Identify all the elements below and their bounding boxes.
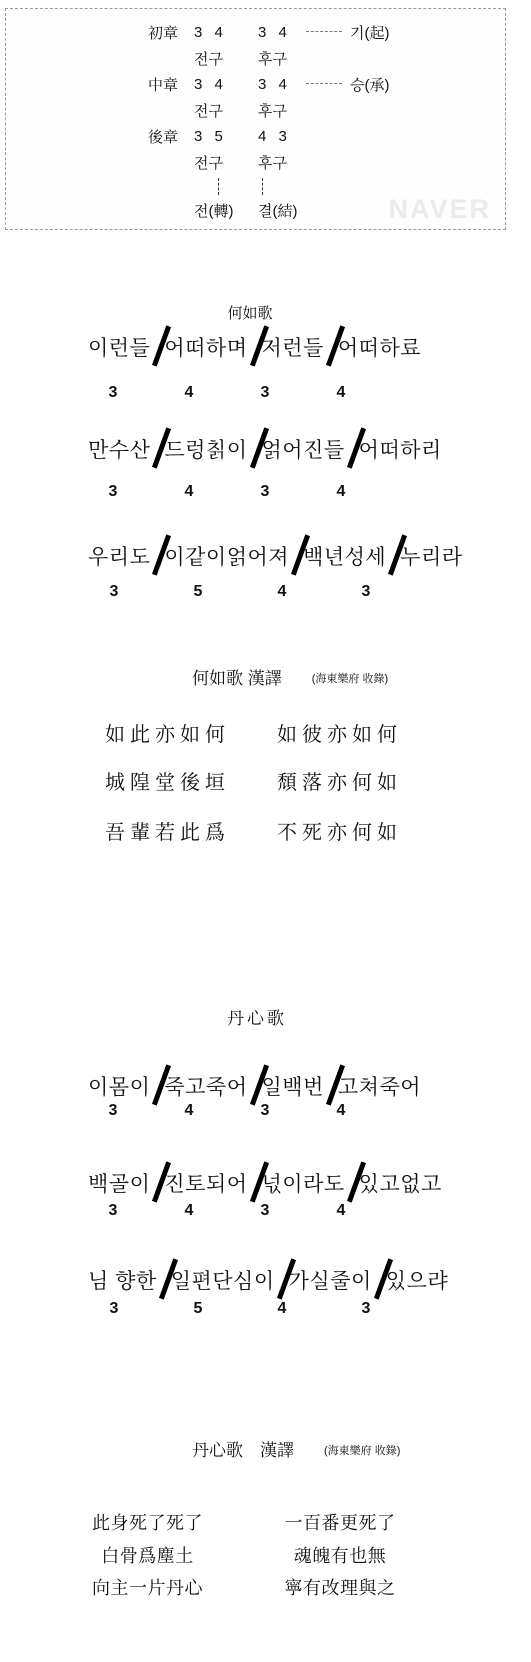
phrase-divider-slash-icon: [275, 1267, 289, 1288]
chapter-name: 後章: [142, 126, 190, 147]
couplet-left: 白骨爲塵土: [70, 1542, 225, 1568]
dansimga-line-3: 님 향한일편단심이가실줄이있으랴: [88, 1265, 448, 1295]
hayeoga-line-3: 우리도이같이얽어져백년성세누리라: [88, 541, 463, 571]
phrase: 이런들: [88, 337, 150, 360]
phrase-divider-slash-icon: [150, 543, 164, 564]
couplet-right: 頹落亦何如: [277, 772, 402, 794]
hayeoga-line-1: 이런들어떠하며저런들어떠하료: [88, 332, 421, 362]
chapter-name: 初章: [142, 22, 190, 43]
phrase: 가실줄이: [289, 1270, 372, 1293]
sijo-structure-box: 初章 3 4 3 4 기(起) 전구 후구 中章 3 4 3 4 승(承): [5, 8, 506, 230]
dashed-connector-icon: [306, 83, 342, 84]
couplet-left: 向主一片丹心: [70, 1574, 225, 1600]
back-phrase-label: 후구: [254, 48, 306, 69]
hayeoga-line-2-counts: 3434: [75, 483, 379, 501]
connector-cell: [306, 24, 350, 41]
syllable-count: 4: [240, 1300, 324, 1318]
phrase: 진토되어: [164, 1173, 247, 1196]
syllable-count: 3: [72, 583, 156, 601]
syllable-count: 4: [151, 384, 227, 402]
phrase-divider-slash-icon: [150, 1170, 164, 1191]
couplet-right: 一百番更死了: [260, 1509, 420, 1535]
dansimga-line-2-counts: 3434: [75, 1202, 379, 1220]
phrase-divider-slash-icon: [372, 1267, 386, 1288]
phrase: 백골이: [88, 1173, 150, 1196]
syllable-count: 4: [303, 483, 379, 501]
chapter-row-jung: 中章 3 4 3 4 승(承): [6, 71, 505, 97]
syllable-count: 4: [303, 1202, 379, 1220]
couplet-right: 不死亦何如: [277, 822, 402, 844]
back-syllable-counts: 3 4: [254, 24, 306, 41]
dashed-vertical-bar-icon: [218, 178, 219, 195]
syllable-count: 3: [227, 1102, 303, 1120]
dansimga-title: 丹心歌: [0, 1004, 514, 1029]
hayeoga-line-3-counts: 3543: [72, 583, 408, 601]
syllable-count: 4: [151, 483, 227, 501]
dashed-connector-icon: [306, 31, 342, 32]
syllable-count: 3: [227, 384, 303, 402]
naver-watermark: NAVER: [388, 194, 491, 225]
front-phrase-label: 전구: [190, 152, 254, 173]
hayeoga-title: 何如歌: [0, 302, 500, 323]
page: 初章 3 4 3 4 기(起) 전구 후구 中章 3 4 3 4 승(承): [0, 0, 531, 1662]
hayeoga-hanyeok-row-2: 城隍堂後垣頹落亦何如: [105, 766, 402, 795]
dansimga-line-3-counts: 3543: [72, 1300, 408, 1318]
syllable-count: 3: [75, 483, 151, 501]
syllable-count: 3: [75, 1102, 151, 1120]
dashed-vertical-bar-icon: [262, 178, 263, 195]
couplet-left: 城隍堂後垣: [105, 766, 277, 795]
chapter-name: 中章: [142, 74, 190, 95]
phrase-divider-slash-icon: [324, 1073, 338, 1094]
phrase-divider-slash-icon: [345, 436, 359, 457]
phrase: 어떠하료: [338, 337, 421, 360]
hayeoga-line-2: 만수산드렁칡이얽어진들어떠하리: [88, 434, 442, 464]
phrase: 님 향한: [88, 1270, 157, 1293]
couplet-right: 魂魄有也無: [260, 1542, 420, 1568]
phrase: 넋이라도: [262, 1173, 345, 1196]
hayeoga-hanyeok-row-1: 如此亦如何如彼亦如何: [105, 718, 402, 747]
hanyeok-source: (海東樂府 收錄): [324, 1445, 400, 1457]
dansimga-hanyeok-header: 丹心歌 漢譯(海東樂府 收錄): [192, 1436, 400, 1461]
phrase-label-row: 전구 후구: [6, 97, 505, 123]
dansimga-hanyeok-row-1: 此身死了死了一百番更死了: [70, 1509, 420, 1535]
turn-label: 전(轉): [190, 200, 254, 221]
phrase: 어떠하리: [359, 439, 442, 462]
sijo-structure-grid: 初章 3 4 3 4 기(起) 전구 후구 中章 3 4 3 4 승(承): [6, 19, 505, 223]
phrase: 백년성세: [303, 546, 386, 569]
phrase-divider-slash-icon: [248, 334, 262, 355]
phrase: 이같이얽어져: [164, 546, 289, 569]
phrase: 만수산: [88, 439, 150, 462]
phrase-label-row: 전구 후구: [6, 149, 505, 175]
front-syllable-counts: 3 5: [190, 128, 254, 145]
phrase: 일편단심이: [171, 1270, 275, 1293]
stage-tag: 승(承): [350, 74, 505, 95]
hayeoga-line-1-counts: 3434: [75, 384, 379, 402]
hanyeok-title: 丹心歌 漢譯: [192, 1441, 294, 1460]
front-syllable-counts: 3 4: [190, 24, 254, 41]
front-syllable-counts: 3 4: [190, 76, 254, 93]
phrase-divider-slash-icon: [248, 436, 262, 457]
chapter-row-hu: 後章 3 5 4 3: [6, 123, 505, 149]
phrase-divider-slash-icon: [157, 1267, 171, 1288]
dansimga-hanyeok-row-3: 向主一片丹心寧有改理與之: [70, 1574, 420, 1600]
back-syllable-counts: 4 3: [254, 128, 306, 145]
phrase: 이몸이: [88, 1076, 150, 1099]
syllable-count: 4: [151, 1202, 227, 1220]
phrase-divider-slash-icon: [324, 334, 338, 355]
syllable-count: 4: [303, 1102, 379, 1120]
chapter-row-cho: 初章 3 4 3 4 기(起): [6, 19, 505, 45]
couplet-left: 吾輩若此爲: [105, 816, 277, 845]
syllable-count: 3: [75, 384, 151, 402]
syllable-count: 3: [72, 1300, 156, 1318]
phrase: 드렁칡이: [164, 439, 247, 462]
phrase: 어떠하며: [164, 337, 247, 360]
syllable-count: 3: [324, 1300, 408, 1318]
couplet-left: 此身死了死了: [70, 1509, 225, 1535]
syllable-count: 3: [75, 1202, 151, 1220]
phrase-divider-slash-icon: [248, 1170, 262, 1191]
phrase: 저런들: [262, 337, 324, 360]
couplet-right: 寧有改理與之: [260, 1574, 420, 1600]
phrase: 얽어진들: [262, 439, 345, 462]
phrase-divider-slash-icon: [150, 1073, 164, 1094]
stage-tag: 기(起): [350, 22, 505, 43]
dansimga-hanyeok-row-2: 白骨爲塵土魂魄有也無: [70, 1542, 420, 1568]
front-phrase-label: 전구: [190, 100, 254, 121]
back-phrase-label: 후구: [254, 152, 306, 173]
hayeoga-hanyeok-header: 何如歌 漢譯(海東樂府 收錄): [192, 664, 388, 689]
phrase-divider-slash-icon: [150, 334, 164, 355]
syllable-count: 5: [156, 583, 240, 601]
back-syllable-counts: 3 4: [254, 76, 306, 93]
syllable-count: 3: [227, 1202, 303, 1220]
phrase: 있으랴: [386, 1270, 448, 1293]
phrase-label-row: 전구 후구: [6, 45, 505, 71]
phrase: 누리라: [400, 546, 462, 569]
syllable-count: 4: [240, 583, 324, 601]
hanyeok-title: 何如歌 漢譯: [192, 669, 282, 688]
phrase-divider-slash-icon: [150, 436, 164, 457]
phrase-divider-slash-icon: [289, 543, 303, 564]
phrase: 죽고죽어: [164, 1076, 247, 1099]
dansimga-line-1-counts: 3434: [75, 1102, 379, 1120]
syllable-count: 5: [156, 1300, 240, 1318]
phrase: 우리도: [88, 546, 150, 569]
phrase: 고쳐죽어: [338, 1076, 421, 1099]
hayeoga-hanyeok-row-3: 吾輩若此爲不死亦何如: [105, 816, 402, 845]
phrase-divider-slash-icon: [386, 543, 400, 564]
couplet-right: 如彼亦如何: [277, 724, 402, 746]
conclusion-label: 결(結): [254, 200, 306, 221]
back-phrase-label: 후구: [254, 100, 306, 121]
syllable-count: 3: [324, 583, 408, 601]
connector-cell: [306, 76, 350, 93]
syllable-count: 4: [151, 1102, 227, 1120]
couplet-left: 如此亦如何: [105, 718, 277, 747]
hanyeok-source: (海東樂府 收錄): [312, 673, 388, 685]
phrase: 일백번: [262, 1076, 324, 1099]
syllable-count: 4: [303, 384, 379, 402]
dansimga-line-2: 백골이진토되어넋이라도있고없고: [88, 1168, 442, 1198]
phrase: 있고없고: [359, 1173, 442, 1196]
syllable-count: 3: [227, 483, 303, 501]
phrase-divider-slash-icon: [248, 1073, 262, 1094]
front-phrase-label: 전구: [190, 48, 254, 69]
phrase-divider-slash-icon: [345, 1170, 359, 1191]
dansimga-line-1: 이몸이죽고죽어일백번고쳐죽어: [88, 1071, 421, 1101]
